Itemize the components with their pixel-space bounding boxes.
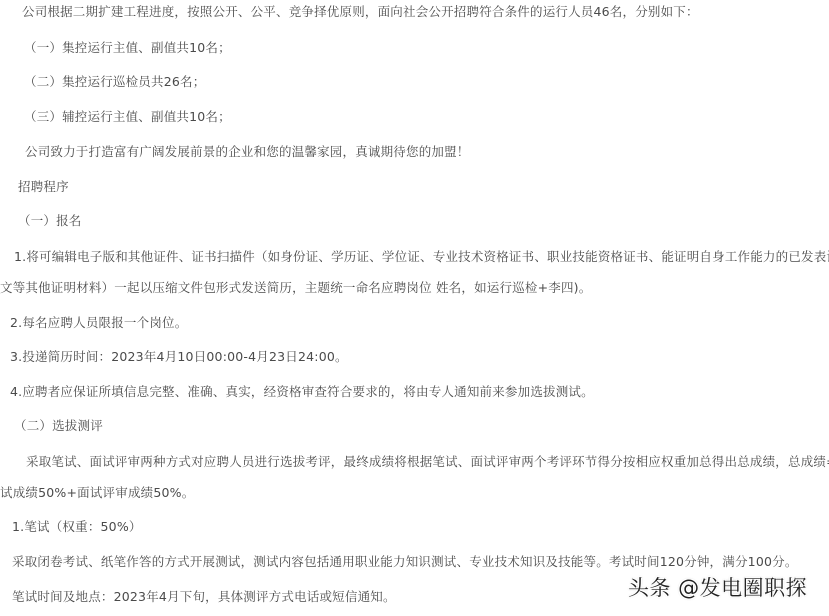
intro-paragraph: 公司根据二期扩建工程进度，按照公开、公平、竞争择优原则，面向社会公开招聘符合条件… (22, 4, 699, 20)
assessment-paragraph-line-2: 试成绩50%+面试评审成绩50%。 (0, 485, 194, 501)
section-registration-heading: （一）报名 (18, 213, 82, 229)
registration-item-4: 4.应聘者应保证所填信息完整、准确、真实，经资格审查符合要求的，将由专人通知前来… (10, 384, 594, 400)
registration-item-2: 2.每名应聘人员限报一个岗位。 (10, 315, 187, 331)
position-item-2: （二）集控运行巡检员共26名； (24, 74, 205, 90)
registration-item-3: 3.投递简历时间：2023年4月10日00:00-4月23日24:00。 (10, 349, 348, 365)
written-test-heading: 1.笔试（权重：50%） (12, 519, 142, 535)
position-item-3: （三）辅控运行主值、副值共10名； (24, 109, 231, 125)
closing-paragraph: 公司致力于打造富有广阔发展前景的企业和您的温馨家园，真诚期待您的加盟！ (25, 144, 470, 160)
written-test-description: 采取闭卷考试、纸笔作答的方式开展测试，测试内容包括通用职业能力知识测试、专业技术… (12, 554, 798, 570)
registration-item-1-line-2: 文等其他证明材料）一起以压缩文件包形式发送简历，主题统一命名应聘岗位 姓名，如运… (0, 280, 591, 296)
position-item-1: （一）集控运行主值、副值共10名； (24, 40, 231, 56)
section-assessment-heading: （二）选拔测评 (14, 418, 103, 434)
assessment-paragraph-line-1: 采取笔试、面试评审两种方式对应聘人员进行选拔考评，最终成绩将根据笔试、面试评审两… (26, 454, 829, 470)
registration-item-1-line-1: 1.将可编辑电子版和其他证件、证书扫描件（如身份证、学历证、学位证、专业技术资格… (14, 249, 829, 265)
written-test-time: 笔试时间及地点：2023年4月下旬，具体测评方式电话或短信通知。 (12, 589, 396, 605)
procedure-heading: 招聘程序 (18, 179, 69, 195)
source-watermark: 头条 @发电圈职探 (628, 574, 807, 602)
